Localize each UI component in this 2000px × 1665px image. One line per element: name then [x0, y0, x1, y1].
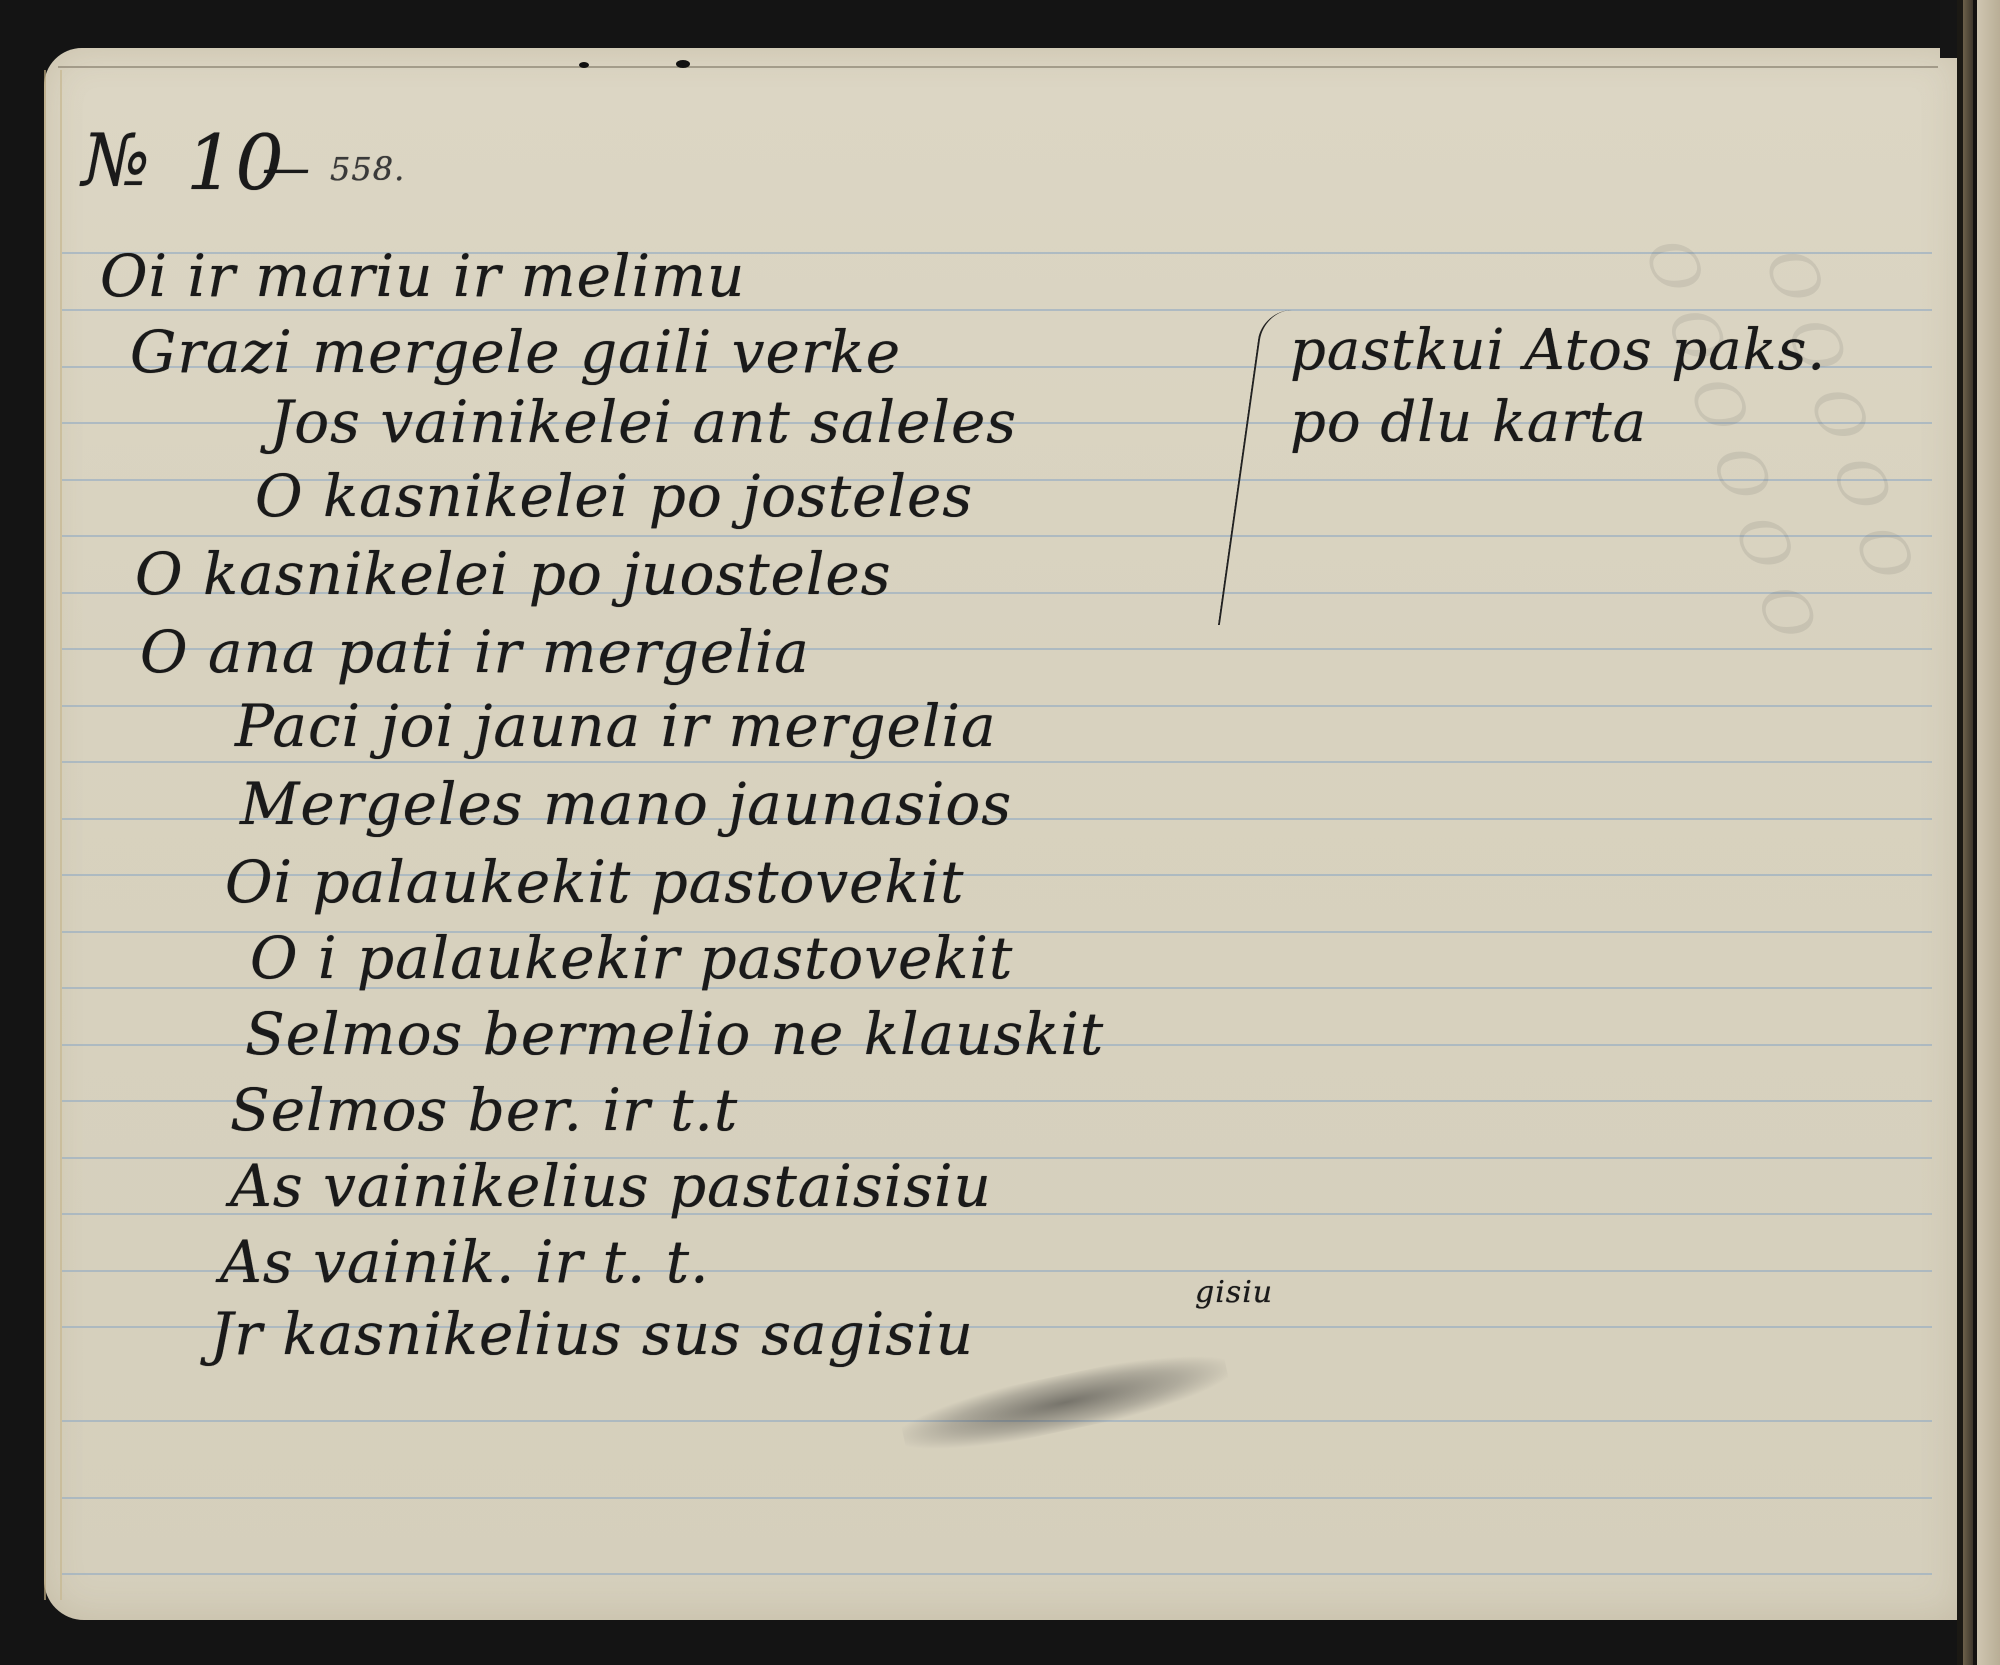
verse-line: Jos vainikelei ant saleles	[270, 388, 1017, 456]
interlinear-correction: gisiu	[1195, 1275, 1273, 1310]
margin-note-line: po dlu karta	[1290, 390, 1647, 455]
facing-page-edge	[1977, 0, 2000, 1665]
verse-line: Grazi mergele gaili verke	[130, 318, 901, 386]
verse-line: Selmos ber. ir t.t	[230, 1076, 738, 1144]
binding-spine	[1963, 0, 1973, 1665]
number-sign: №	[82, 118, 151, 202]
verse-line: Oi palaukekit pastovekit	[225, 848, 964, 916]
ruled-line	[62, 1497, 1932, 1499]
verse-line: Oi ir mariu ir melimu	[100, 242, 745, 310]
verse-line: Mergeles mano jaunasios	[240, 770, 1012, 838]
verse-line: Jr kasnikelius sus sagisiu	[210, 1300, 974, 1368]
ink-mark	[579, 62, 589, 68]
ruled-line	[62, 1573, 1932, 1575]
verse-line: O kasnikelei po josteles	[255, 462, 973, 530]
verse-line: O kasnikelei po juosteles	[135, 540, 892, 608]
verse-line: O ana pati ir mergelia	[140, 618, 810, 686]
page-stack-edge	[44, 70, 62, 1600]
verse-line: As vainik. ir t. t.	[220, 1228, 710, 1296]
header-dash: —	[262, 140, 311, 196]
verse-line: Paci joi jauna ir mergelia	[235, 692, 997, 760]
ruled-line	[62, 535, 1932, 537]
ink-mark	[676, 60, 690, 68]
verse-line: Selmos bermelio ne klauskit	[245, 1000, 1104, 1068]
verse-line: As vainikelius pastaisisiu	[230, 1152, 992, 1220]
verse-line: O i palaukekir pastovekit	[250, 924, 1013, 992]
top-margin-rule	[58, 66, 1938, 68]
catalog-number: 558.	[330, 150, 405, 188]
margin-note-line: pastkui Atos paks.	[1290, 318, 1826, 383]
ruled-line	[62, 761, 1932, 763]
